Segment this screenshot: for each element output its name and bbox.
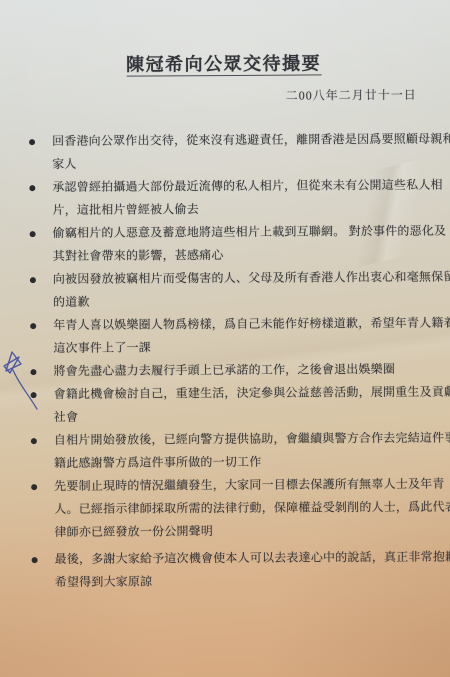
bullet-dot-icon	[31, 392, 37, 398]
bullet-item: 將會先盡心盡力去履行手頭上已承諾的工作，之後會退出娛樂圈	[30, 358, 428, 383]
bullet-item: 年青人喜以娛樂圈人物爲榜樣，爲自己未能作好榜樣道歉，希望年青人籍着這次事件上了一…	[30, 312, 428, 360]
bullet-text-line: 先要制止現時的情況繼續發生，大家同一目標去保護所有無辜人士及年青	[54, 473, 429, 498]
bullet-item: 回香港向公眾作出交待，從來沒有逃避責任，離開香港是因爲要照顧母親和家人	[29, 128, 427, 176]
document-date: 二00八年二月廿十一日	[21, 86, 427, 105]
bullet-dot-icon	[29, 185, 35, 191]
bullet-text-line: 片，這批相片曾經被人偷去	[52, 197, 427, 222]
bullet-dot-icon	[29, 139, 35, 145]
bullet-text-line: 希望得到大家原諒	[55, 569, 430, 594]
bullet-text-line: 向被因發放被竊相片而受傷害的人、父母及所有香港人作出衷心和毫無保留	[53, 266, 428, 291]
bullet-text-line: 承認曾經拍攝過大部份最近流傳的私人相片，但從來未有公開這些私人相	[52, 174, 427, 199]
bullet-text-line: 最後，多謝大家給予這次機會使本人可以去表達心中的說話，真正非常抱歉，	[55, 546, 430, 571]
bullet-text-line: 人。已經指示律師採取所需的法律行動，保障權益受剝削的人士，爲此代表	[54, 496, 429, 521]
bullet-text-line: 律師亦已經發放一份公開聲明	[54, 519, 429, 544]
bullet-text-line: 年青人喜以娛樂圈人物爲榜樣，爲自己未能作好榜樣道歉，希望年青人籍着	[53, 312, 428, 337]
bullet-dot-icon	[32, 557, 38, 563]
bullet-item: 會籍此機會檢討自己，重建生活，決定參與公益慈善活動，展開重生及貢獻社會	[31, 381, 429, 429]
bullet-text-line: 回香港向公眾作出交待，從來沒有逃避責任，離開香港是因爲要照顧母親和	[52, 128, 427, 153]
bullet-text-line: 家人	[52, 151, 427, 176]
bullet-text-line: 其對社會帶來的影響，甚感痛心	[53, 243, 428, 268]
bullet-text: 向被因發放被竊相片而受傷害的人、父母及所有香港人作出衷心和毫無保留的道歉	[53, 266, 428, 314]
bullet-text-line: 會籍此機會檢討自己，重建生活，決定參與公益慈善活動，展開重生及貢獻	[54, 381, 429, 406]
bullet-text-line: 的道歉	[53, 289, 428, 314]
bullet-text: 將會先盡心盡力去履行手頭上已承諾的工作，之後會退出娛樂圈	[53, 358, 395, 383]
bullet-dot-icon	[30, 231, 36, 237]
bullet-dot-icon	[30, 277, 36, 283]
bullet-text: 承認曾經拍攝過大部份最近流傳的私人相片，但從來未有公開這些私人相片，這批相片曾經…	[52, 174, 427, 222]
bullet-text: 年青人喜以娛樂圈人物爲榜樣，爲自己未能作好榜樣道歉，希望年青人籍着這次事件上了一…	[53, 312, 428, 360]
bullet-text-line: 這次事件上了一課	[53, 335, 428, 360]
photographed-document: 陳冠希向公眾交待撮要 二00八年二月廿十一日 回香港向公眾作出交待，從來沒有逃避…	[0, 0, 450, 677]
bullet-item: 最後，多謝大家給予這次機會使本人可以去表達心中的說話，真正非常抱歉，希望得到大家…	[32, 546, 430, 594]
bullet-item: 偷竊相片的人惡意及蓄意地將這些相片上載到互聯網。 對於事件的惡化及其對社會帶來的…	[30, 220, 428, 268]
bullet-text: 會籍此機會檢討自己，重建生活，決定參與公益慈善活動，展開重生及貢獻社會	[54, 381, 429, 429]
bullet-item: 先要制止現時的情況繼續發生，大家同一目標去保護所有無辜人士及年青人。已經指示律師…	[31, 473, 429, 544]
bullet-text: 回香港向公眾作出交待，從來沒有逃避責任，離開香港是因爲要照顧母親和家人	[52, 128, 427, 176]
bullet-text-line: 社會	[54, 404, 429, 429]
bullet-text: 先要制止現時的情況繼續發生，大家同一目標去保護所有無辜人士及年青人。已經指示律師…	[54, 473, 429, 544]
bullet-text: 最後，多謝大家給予這次機會使本人可以去表達心中的說話，真正非常抱歉，希望得到大家…	[55, 546, 430, 594]
bullet-dot-icon	[31, 438, 37, 444]
bullet-text: 自相片開始發放後，已經向警方提供協助，會繼續與警方合作去完結這件事，籍此感謝警方…	[54, 427, 429, 475]
document-page: 陳冠希向公眾交待撮要 二00八年二月廿十一日 回香港向公眾作出交待，從來沒有逃避…	[0, 0, 450, 594]
bullet-list: 回香港向公眾作出交待，從來沒有逃避責任，離開香港是因爲要照顧母親和家人承認曾經拍…	[21, 128, 430, 594]
bullet-item: 承認曾經拍攝過大部份最近流傳的私人相片，但從來未有公開這些私人相片，這批相片曾經…	[29, 174, 427, 222]
bullet-dot-icon	[30, 369, 36, 375]
bullet-item: 自相片開始發放後，已經向警方提供協助，會繼續與警方合作去完結這件事，籍此感謝警方…	[31, 427, 429, 475]
bullet-text-line: 籍此感謝警方爲這件事所做的一切工作	[54, 450, 429, 475]
bullet-text-line: 將會先盡心盡力去履行手頭上已承諾的工作，之後會退出娛樂圈	[53, 358, 395, 383]
bullet-text-line: 偷竊相片的人惡意及蓄意地將這些相片上載到互聯網。 對於事件的惡化及	[53, 220, 428, 245]
page-title-text: 陳冠希向公眾交待撮要	[126, 53, 321, 76]
bullet-dot-icon	[30, 323, 36, 329]
bullet-dot-icon	[31, 484, 37, 490]
bullet-text-line: 自相片開始發放後，已經向警方提供協助，會繼續與警方合作去完結這件事，	[54, 427, 429, 452]
bullet-text: 偷竊相片的人惡意及蓄意地將這些相片上載到互聯網。 對於事件的惡化及其對社會帶來的…	[53, 220, 428, 268]
bullet-item: 向被因發放被竊相片而受傷害的人、父母及所有香港人作出衷心和毫無保留的道歉	[30, 266, 428, 314]
page-title: 陳冠希向公眾交待撮要	[20, 49, 426, 77]
